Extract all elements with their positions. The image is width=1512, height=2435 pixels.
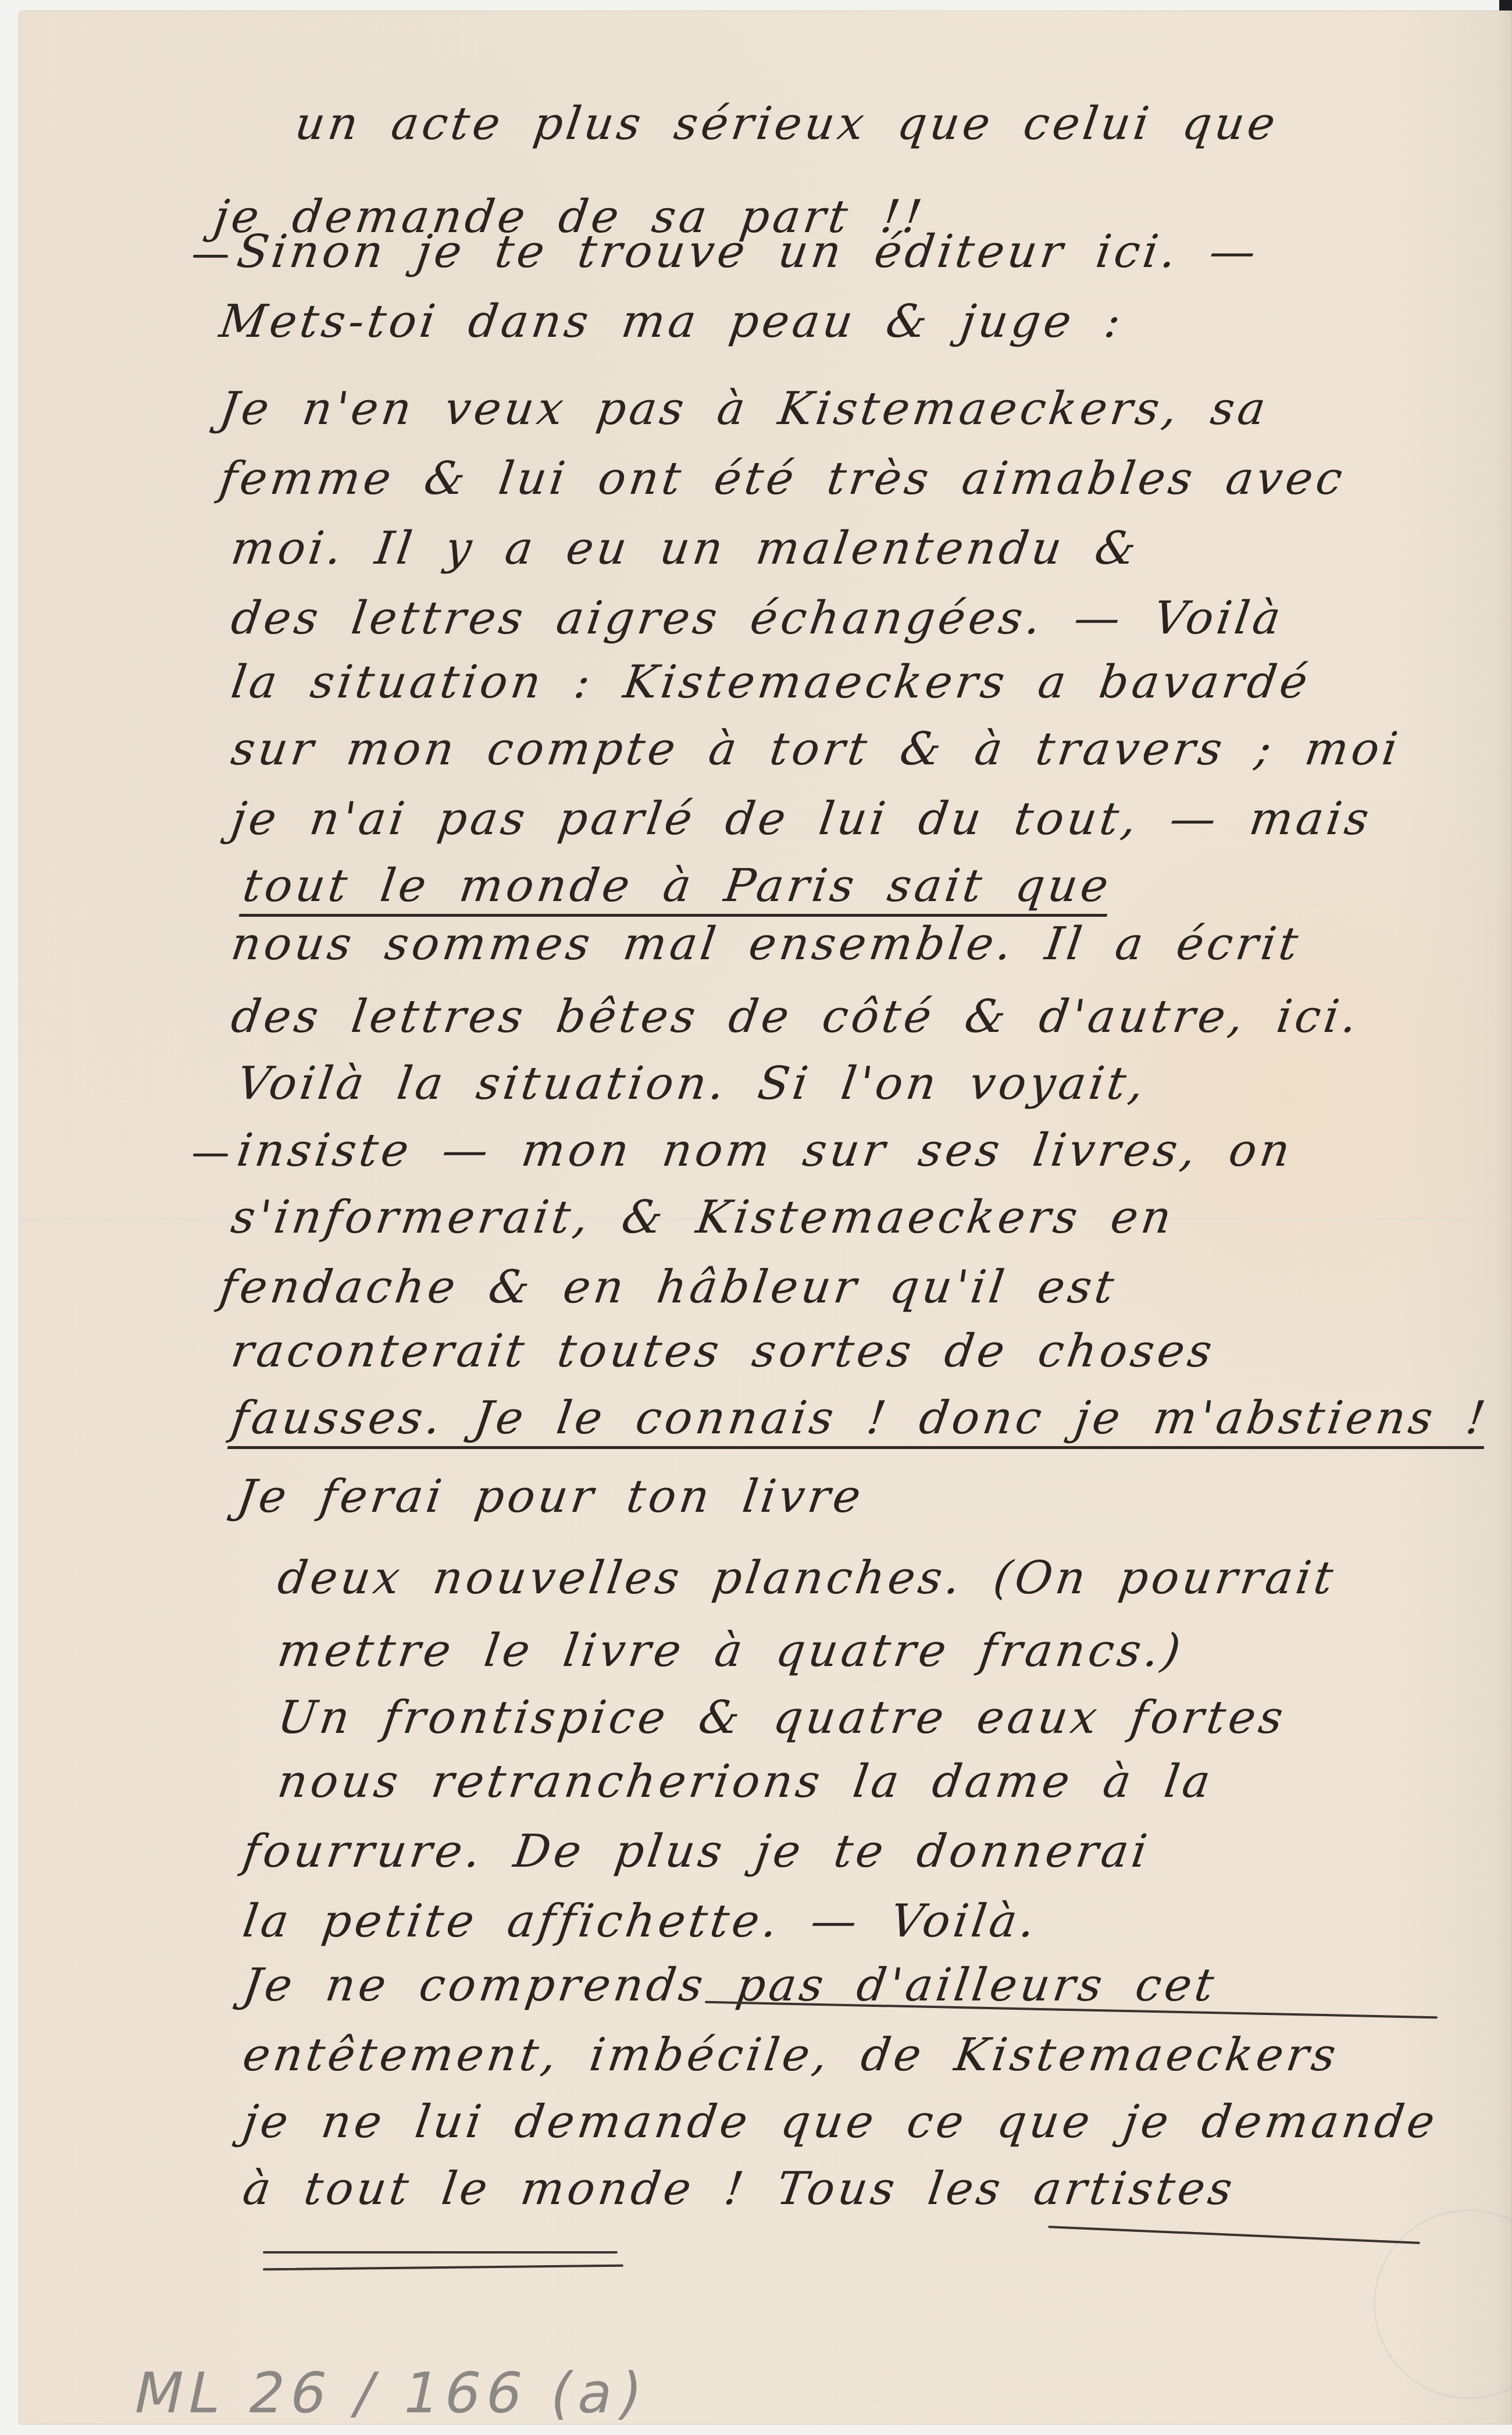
letter-line-15: Voilà la situation. Si l'on voyait, [234, 1058, 1151, 1110]
letter-line-16: insiste — mon nom sur ses livres, on [234, 1124, 1296, 1177]
letter-line-27: la petite affichette. — Voilà. [240, 1895, 1042, 1948]
letter-line-25: nous retrancherions la dame à la [274, 1756, 1217, 1808]
letter-line-31: à tout le monde ! Tous les artistes [240, 2163, 1239, 2215]
archive-reference: ML 26 / 166 (a) [128, 2361, 654, 2426]
letter-line-26: fourrure. De plus je te donnerai [240, 1825, 1154, 1878]
letter-line-22: deux nouvelles planches. (On pourrait [274, 1552, 1340, 1604]
underline-stroke [1048, 2226, 1420, 2244]
letter-line-8: des lettres aigres échangées. — Voilà [228, 592, 1287, 645]
letter-line-19: raconterait toutes sortes de choses [228, 1325, 1218, 1377]
closing-rule [263, 2265, 623, 2270]
letter-line-24: Un frontispice & quatre eaux fortes [274, 1692, 1289, 1744]
letter-body: un acte plus sérieux que celui que je de… [19, 10, 1512, 2425]
letter-line-5: Je n'en veux pas à Kistemaeckers, sa [216, 383, 1272, 435]
letter-line-23: mettre le livre à quatre francs.) [274, 1625, 1187, 1677]
letter-line-30: je ne lui demande que ce que je demande [240, 2096, 1441, 2148]
letter-line-12: tout le monde à Paris sait que [240, 860, 1115, 912]
letter-line-20: fausses. Je le connais ! donc je m'absti… [228, 1392, 1492, 1444]
letter-line-10: sur mon compte à tort & à travers ; moi [228, 723, 1404, 775]
letter-line-4: Mets-toi dans ma peau & juge : [216, 296, 1128, 348]
letter-line-6: femme & lui ont été très aimables avec [216, 453, 1349, 505]
letter-line-13: nous sommes mal ensemble. Il a écrit [228, 918, 1304, 970]
letter-line-7: moi. Il y a eu un malentendu & [228, 522, 1143, 575]
letter-line-1: un acte plus sérieux que celui que [292, 98, 1282, 150]
letter-line-9: la situation : Kistemaeckers a bavardé [228, 656, 1314, 709]
margin-dash [193, 1154, 228, 1156]
margin-dash [193, 255, 228, 258]
letter-line-29: entêtement, imbécile, de Kistemaeckers [240, 2029, 1342, 2081]
letter-line-18: fendache & en hâbleur qu'il est [216, 1261, 1121, 1313]
letter-line-21: Je ferai pour ton livre [234, 1471, 867, 1523]
letter-line-14: des lettres bêtes de côté & d'autre, ici… [228, 991, 1364, 1043]
letter-line-11: je n'ai pas parlé de lui du tout, — mais [228, 793, 1375, 845]
closing-rule [263, 2251, 618, 2254]
letter-line-3: Sinon je te trouve un éditeur ici. — [234, 226, 1263, 278]
letter-line-17: s'informerait, & Kistemaeckers en [228, 1191, 1178, 1244]
letter-page: un acte plus sérieux que celui que je de… [19, 10, 1512, 2425]
